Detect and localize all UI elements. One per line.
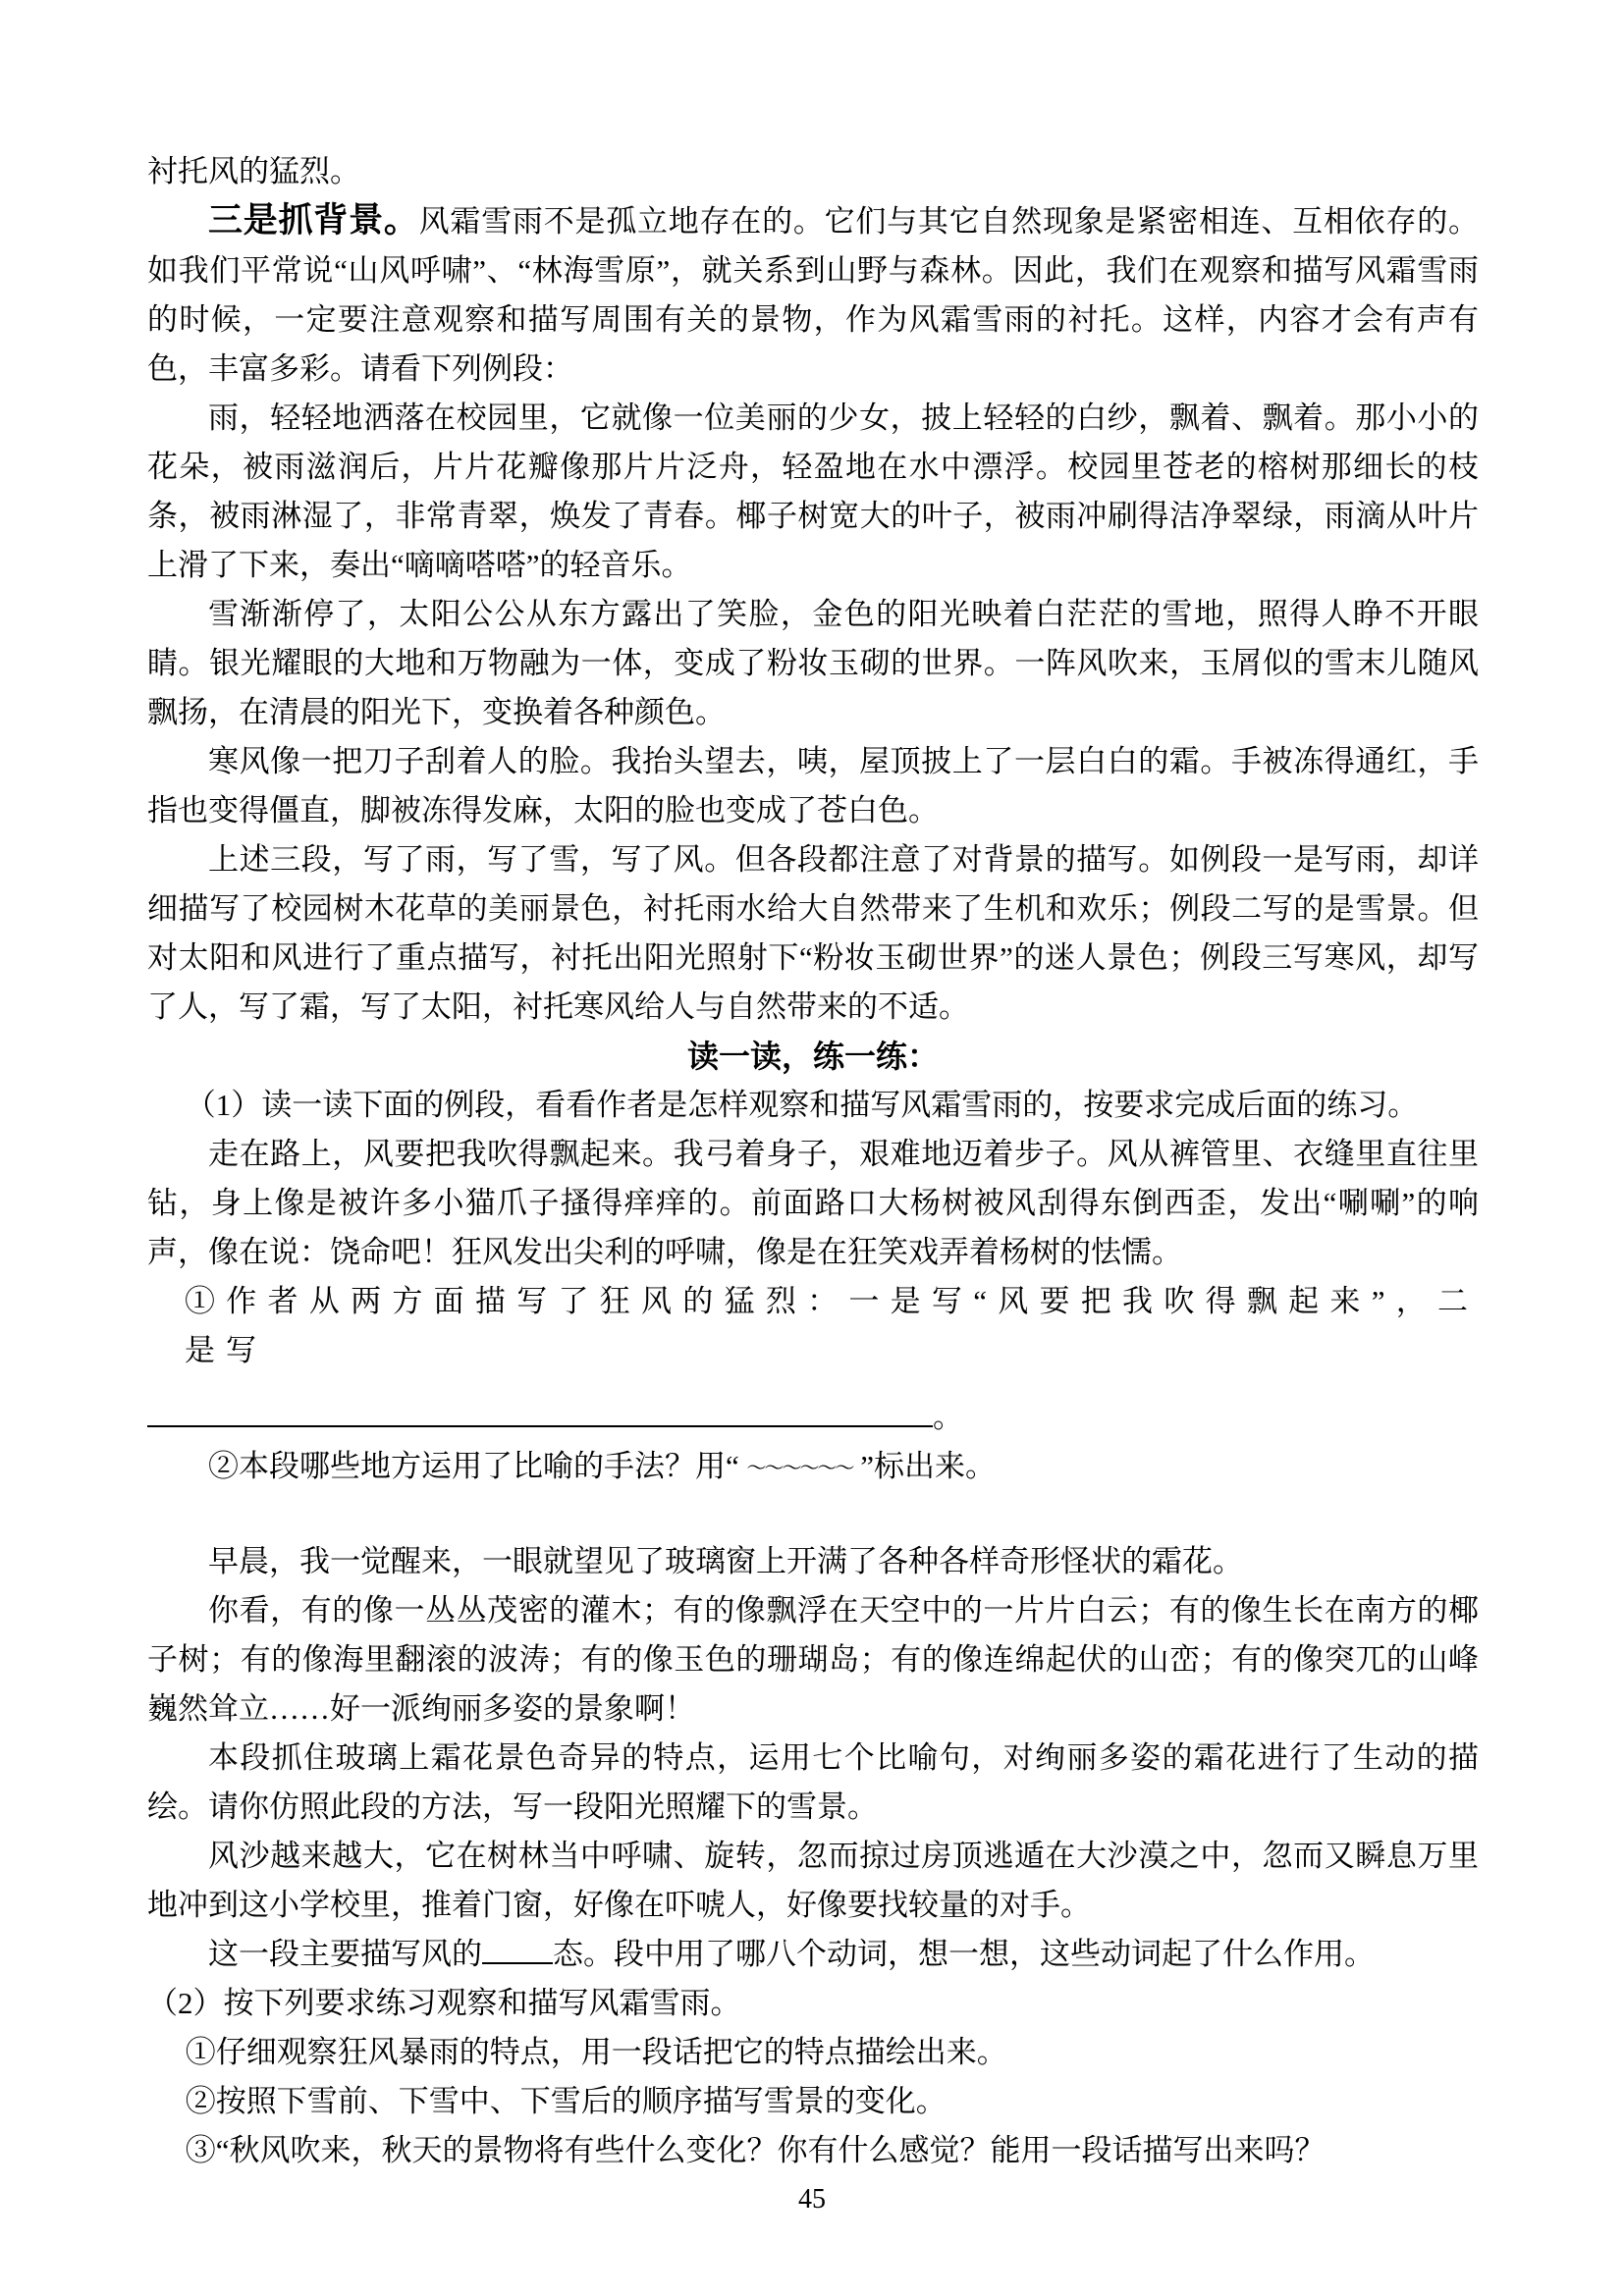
paragraph-subquestion-2: ②本段哪些地方运用了比喻的手法？用“ ～～～～～～ ”标出来。 — [147, 1442, 1479, 1493]
paragraph-background-lead: 三是抓背景。 — [208, 201, 419, 240]
subquestion-2-text-pre: ②本段哪些地方运用了比喻的手法？用“ — [208, 1449, 747, 1483]
subquestion-2-text-post: ”标出来。 — [853, 1449, 997, 1483]
fill-blank-text-pre: 这一段主要描写风的 — [208, 1937, 482, 1971]
paragraph-frost-note: 本段抓住玻璃上霜花景色奇异的特点，运用七个比喻句，对绚丽多姿的霜花进行了生动的描… — [147, 1734, 1479, 1832]
page-content: 衬托风的猛烈。 三是抓背景。风霜雪雨不是孤立地存在的。它们与其它自然现象是紧密相… — [147, 147, 1479, 2175]
paragraph-frost-detail: 你看，有的像一丛丛茂密的灌木；有的像飘浮在天空中的一片片白云；有的像生长在南方的… — [147, 1586, 1479, 1734]
page-number: 45 — [0, 2184, 1624, 2216]
paragraph-example-snow: 雪渐渐停了，太阳公公从东方露出了笑脸，金色的阳光映着白茫茫的雪地，照得人睁不开眼… — [147, 590, 1479, 737]
paragraph-fill-blank: 这一段主要描写风的态。段中用了哪八个动词，想一想，这些动词起了什么作用。 — [147, 1930, 1479, 1979]
paragraph-frost-intro: 早晨，我一觉醒来，一眼就望见了玻璃窗上开满了各种各样奇形怪状的霜花。 — [147, 1537, 1479, 1586]
paragraph-intro-tail: 衬托风的猛烈。 — [147, 147, 1479, 196]
answer-blank-line — [147, 1392, 933, 1427]
paragraph-question-2-item-2: ②按照下雪前、下雪中、下雪后的顺序描写雪景的变化。 — [147, 2077, 1479, 2126]
paragraph-question-2-item-1: ①仔细观察狂风暴雨的特点，用一段话把它的特点描绘出来。 — [147, 2028, 1479, 2077]
document-page: 衬托风的猛烈。 三是抓背景。风霜雪雨不是孤立地存在的。它们与其它自然现象是紧密相… — [0, 0, 1624, 2296]
paragraph-summary: 上述三段，写了雨，写了雪，写了风。但各段都注意了对背景的描写。如例段一是写雨，却… — [147, 835, 1479, 1032]
paragraph-example-rain: 雨，轻轻地洒落在校园里，它就像一位美丽的少女，披上轻轻的白纱，飘着、飘着。那小小… — [147, 394, 1479, 590]
fill-blank-inline-line — [482, 1933, 553, 1964]
answer-blank-row: 。 — [147, 1392, 1479, 1442]
paragraph-sandstorm: 风沙越来越大，它在树林当中呼啸、旋转，忽而掠过房顶逃遁在大沙漠之中，忽而又瞬息万… — [147, 1832, 1479, 1930]
wavy-underline-mark: ～～～～～～ — [747, 1458, 853, 1479]
fill-blank-text-post: 态。段中用了哪八个动词，想一想，这些动词起了什么作用。 — [553, 1937, 1375, 1971]
paragraph-question-1: （1）读一读下面的例段，看看作者是怎样观察和描写风霜雪雨的，按要求完成后面的练习… — [147, 1081, 1479, 1130]
paragraph-passage-wind: 走在路上，风要把我吹得飘起来。我弓着身子，艰难地迈着步子。风从裤管里、衣缝里直往… — [147, 1130, 1479, 1277]
paragraph-background: 三是抓背景。风霜雪雨不是孤立地存在的。它们与其它自然现象是紧密相连、互相依存的。… — [147, 196, 1479, 394]
answer-blank-period: 。 — [933, 1400, 963, 1434]
paragraph-question-2: （2）按下列要求练习观察和描写风霜雪雨。 — [147, 1979, 1479, 2028]
paragraph-example-wind-cold: 寒风像一把刀子刮着人的脸。我抬头望去，咦，屋顶披上了一层白白的霜。手被冻得通红，… — [147, 737, 1479, 835]
paragraph-question-2-item-3: ③“秋风吹来，秋天的景物将有些什么变化？你有什么感觉？能用一段话描写出来吗？ — [147, 2126, 1479, 2175]
section-heading-practice: 读一读，练一练： — [147, 1032, 1479, 1081]
paragraph-subquestion-1: ①作者从两方面描写了狂风的猛烈：一是写“风要把我吹得飘起来”，二是写 — [147, 1277, 1479, 1375]
